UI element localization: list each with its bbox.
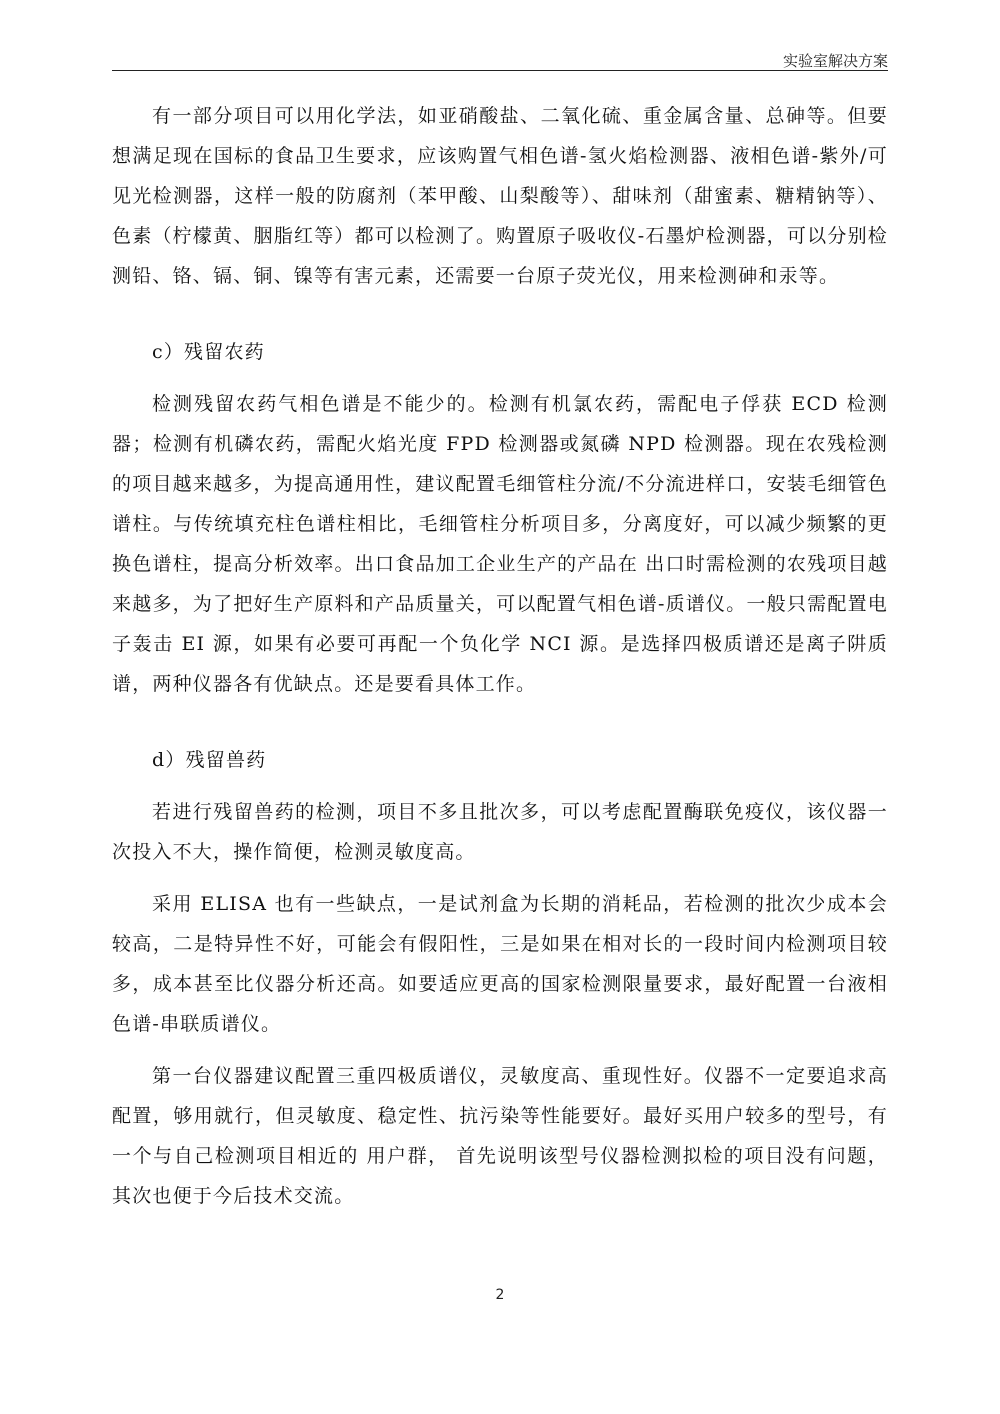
document-body: 有一部分项目可以用化学法，如亚硝酸盐、二氧化硫、重金属含量、总砷等。但要想满足现… [112, 96, 888, 1216]
spacer [112, 296, 888, 332]
document-header-title: 实验室解决方案 [783, 50, 888, 71]
page-number: 2 [0, 1287, 1000, 1303]
spacer [112, 872, 888, 884]
spacer [112, 372, 888, 384]
intro-paragraph: 有一部分项目可以用化学法，如亚硝酸盐、二氧化硫、重金属含量、总砷等。但要想满足现… [112, 96, 888, 296]
section-heading-veterinary-drug-residue: d）残留兽药 [112, 740, 888, 780]
vet-drug-paragraph-3: 第一台仪器建议配置三重四极质谱仪，灵敏度高、重现性好。仪器不一定要追求高配置，够… [112, 1056, 888, 1216]
spacer [112, 704, 888, 740]
spacer [112, 1044, 888, 1056]
section-heading-pesticide-residue: c）残留农药 [112, 332, 888, 372]
vet-drug-paragraph-1: 若进行残留兽药的检测，项目不多且批次多，可以考虑配置酶联免疫仪，该仪器一次投入不… [112, 792, 888, 872]
header-divider [112, 70, 888, 71]
vet-drug-paragraph-2: 采用 ELISA 也有一些缺点，一是试剂盒为长期的消耗品，若检测的批次少成本会较… [112, 884, 888, 1044]
spacer [112, 780, 888, 792]
pesticide-paragraph: 检测残留农药气相色谱是不能少的。检测有机氯农药，需配电子俘获 ECD 检测器；检… [112, 384, 888, 704]
